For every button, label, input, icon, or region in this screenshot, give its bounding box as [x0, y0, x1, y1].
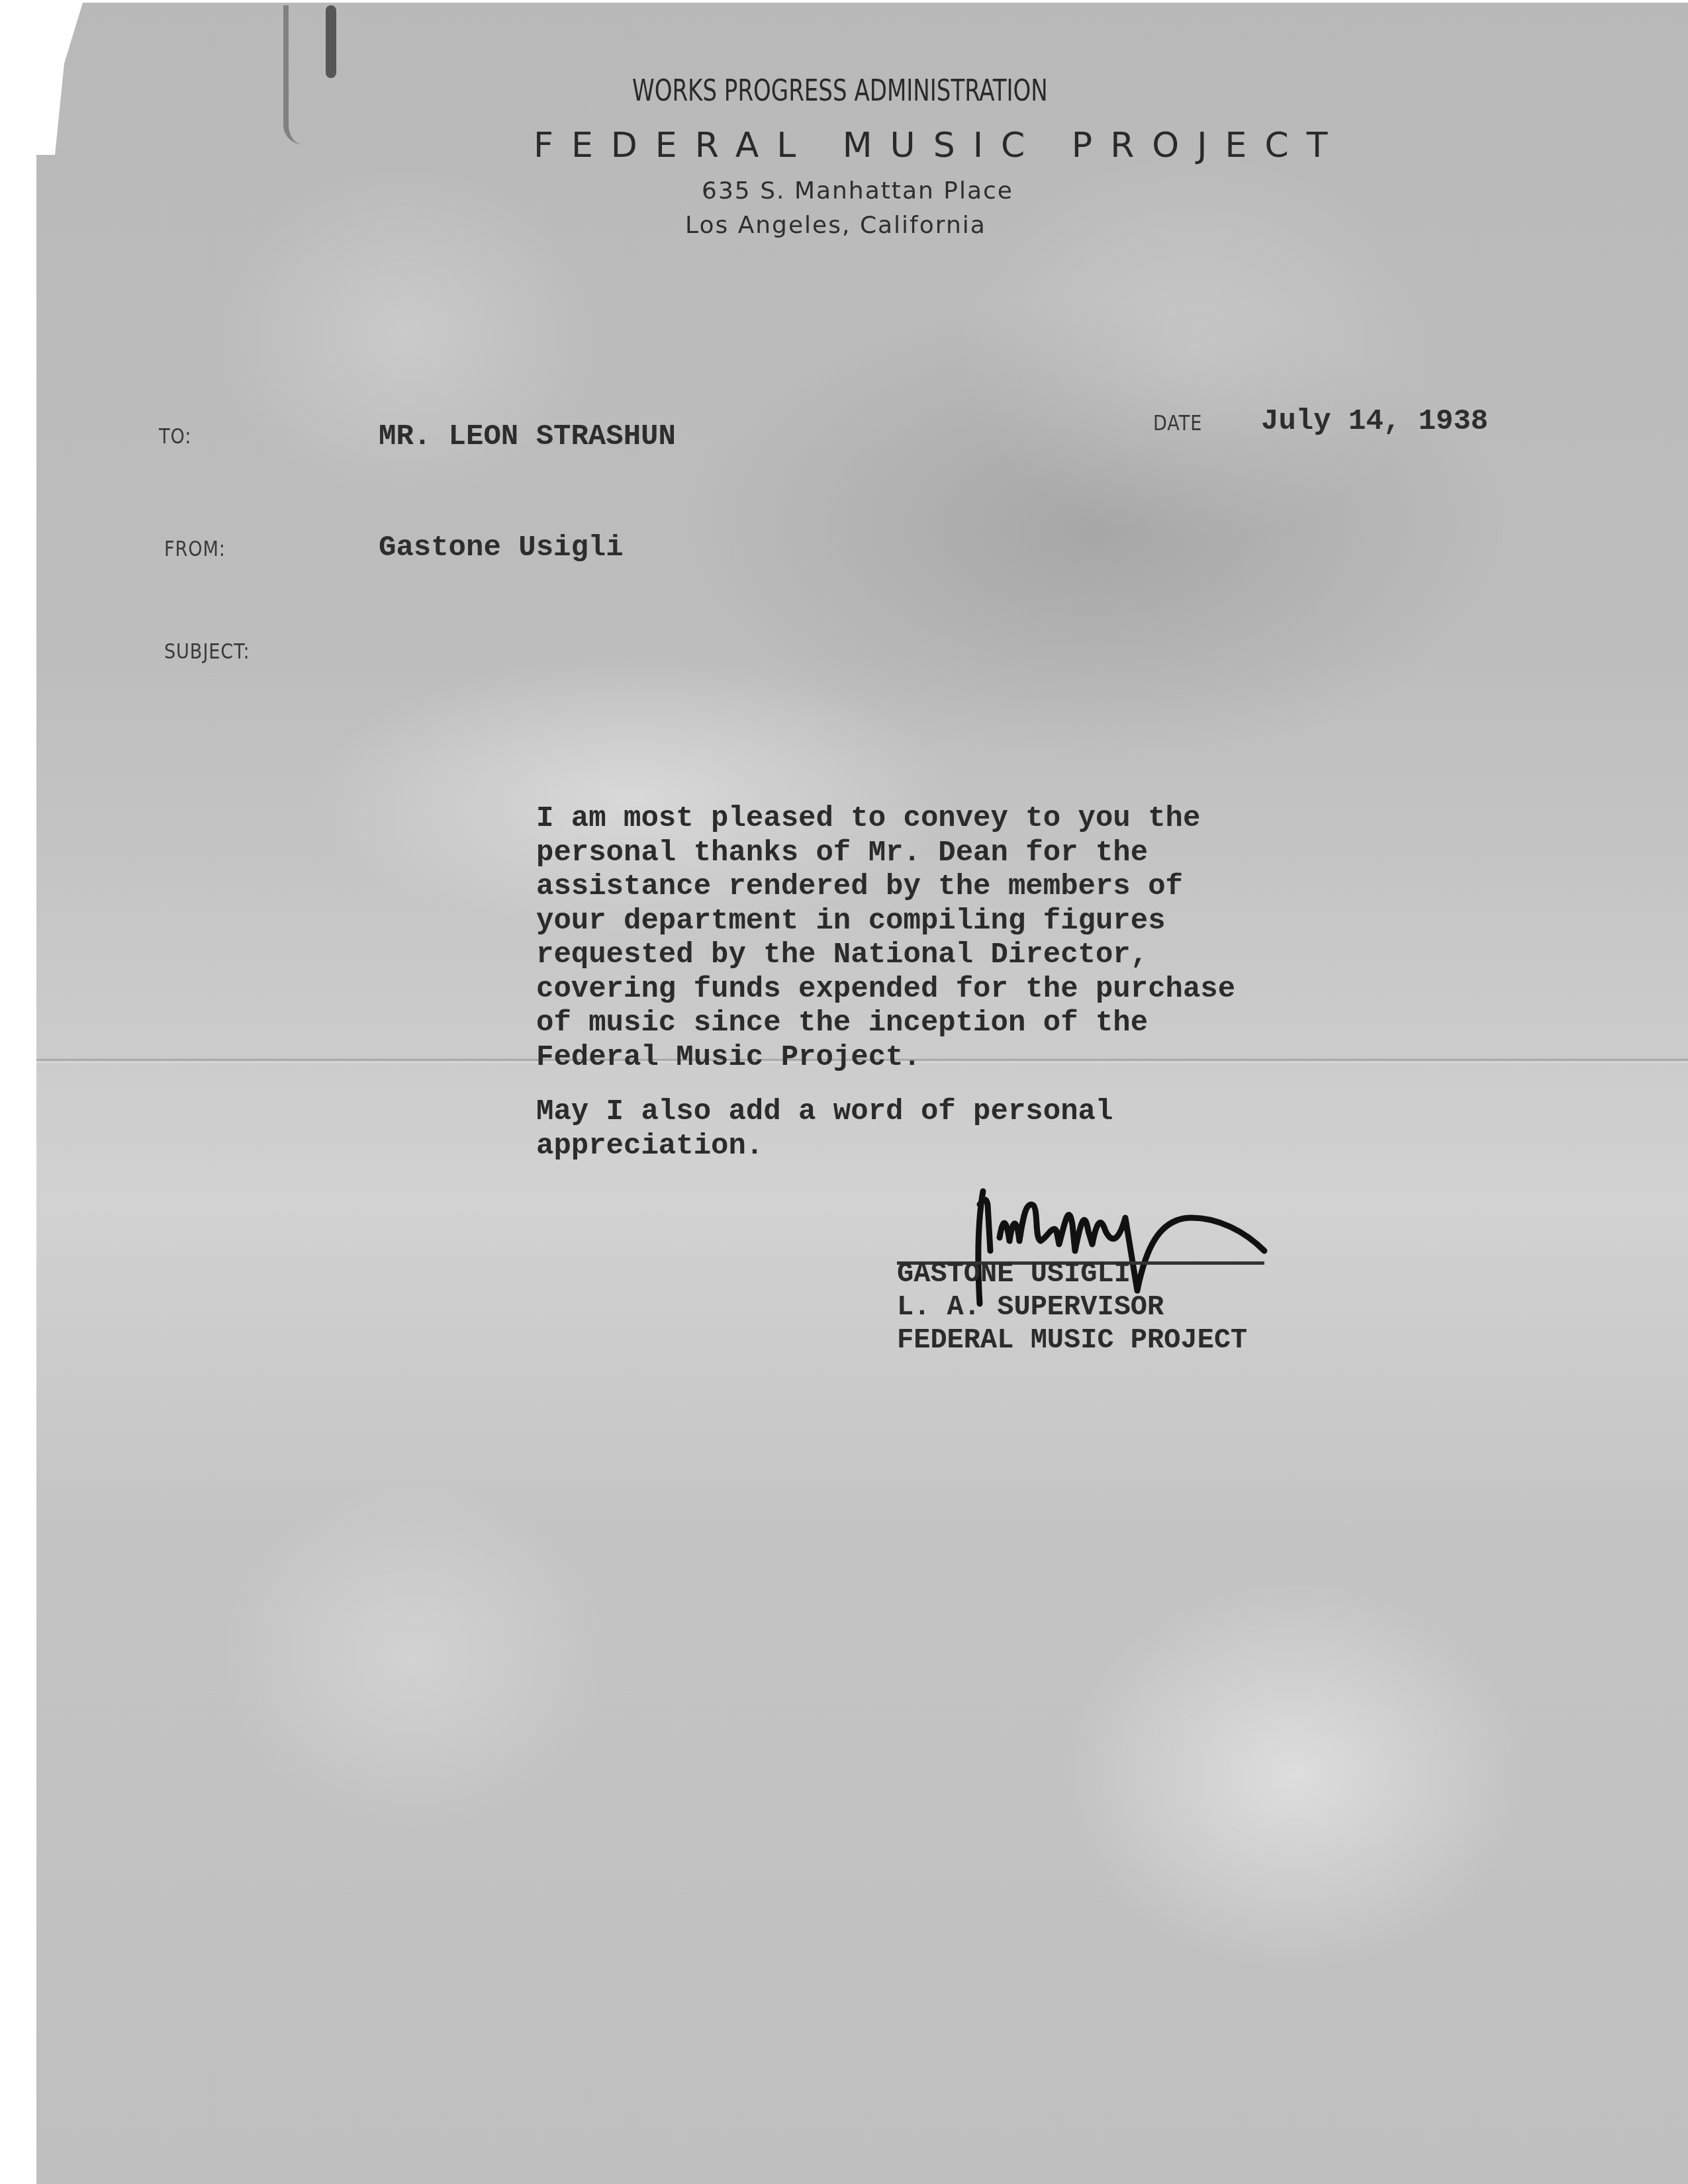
- date-value: July 14, 1938: [1261, 405, 1488, 438]
- body-line: Federal Music Project.: [536, 1041, 1235, 1075]
- from-label: FROM:: [164, 536, 226, 561]
- document-paper: [36, 3, 1688, 2184]
- letterhead-agency: WORKS PROGRESS ADMINISTRATION: [632, 74, 1048, 108]
- staple-tear-mark: [283, 5, 322, 144]
- letterhead-project: FEDERAL MUSIC PROJECT: [534, 126, 1346, 165]
- subject-label: SUBJECT:: [164, 639, 250, 664]
- signer-title: L. A. SUPERVISOR: [897, 1291, 1247, 1324]
- signature-block: GASTONE USIGLI L. A. SUPERVISOR FEDERAL …: [897, 1257, 1247, 1357]
- letterhead-address-street: 635 S. Manhattan Place: [702, 177, 1013, 205]
- to-value: MR. LEON STRASHUN: [379, 420, 676, 453]
- body-line: assistance rendered by the members of: [536, 870, 1235, 905]
- body-line: requested by the National Director,: [536, 938, 1235, 973]
- body-paragraph-2: May I also add a word of personal apprec…: [536, 1095, 1113, 1163]
- body-line: covering funds expended for the purchase: [536, 973, 1235, 1007]
- body-line: personal thanks of Mr. Dean for the: [536, 837, 1235, 871]
- signer-organization: FEDERAL MUSIC PROJECT: [897, 1324, 1247, 1357]
- body-line: appreciation.: [536, 1130, 1113, 1164]
- to-label: TO:: [159, 424, 191, 449]
- body-line: I am most pleased to convey to you the: [536, 802, 1235, 837]
- staple-mark: [326, 5, 336, 78]
- body-line: your department in compiling figures: [536, 905, 1235, 939]
- body-line: May I also add a word of personal: [536, 1095, 1113, 1130]
- signer-name: GASTONE USIGLI: [897, 1257, 1247, 1291]
- from-value: Gastone Usigli: [379, 531, 624, 565]
- date-label: DATE: [1153, 410, 1202, 435]
- body-line: of music since the inception of the: [536, 1007, 1235, 1041]
- letterhead-address-city: Los Angeles, California: [685, 212, 986, 239]
- body-paragraph-1: I am most pleased to convey to you the p…: [536, 802, 1235, 1075]
